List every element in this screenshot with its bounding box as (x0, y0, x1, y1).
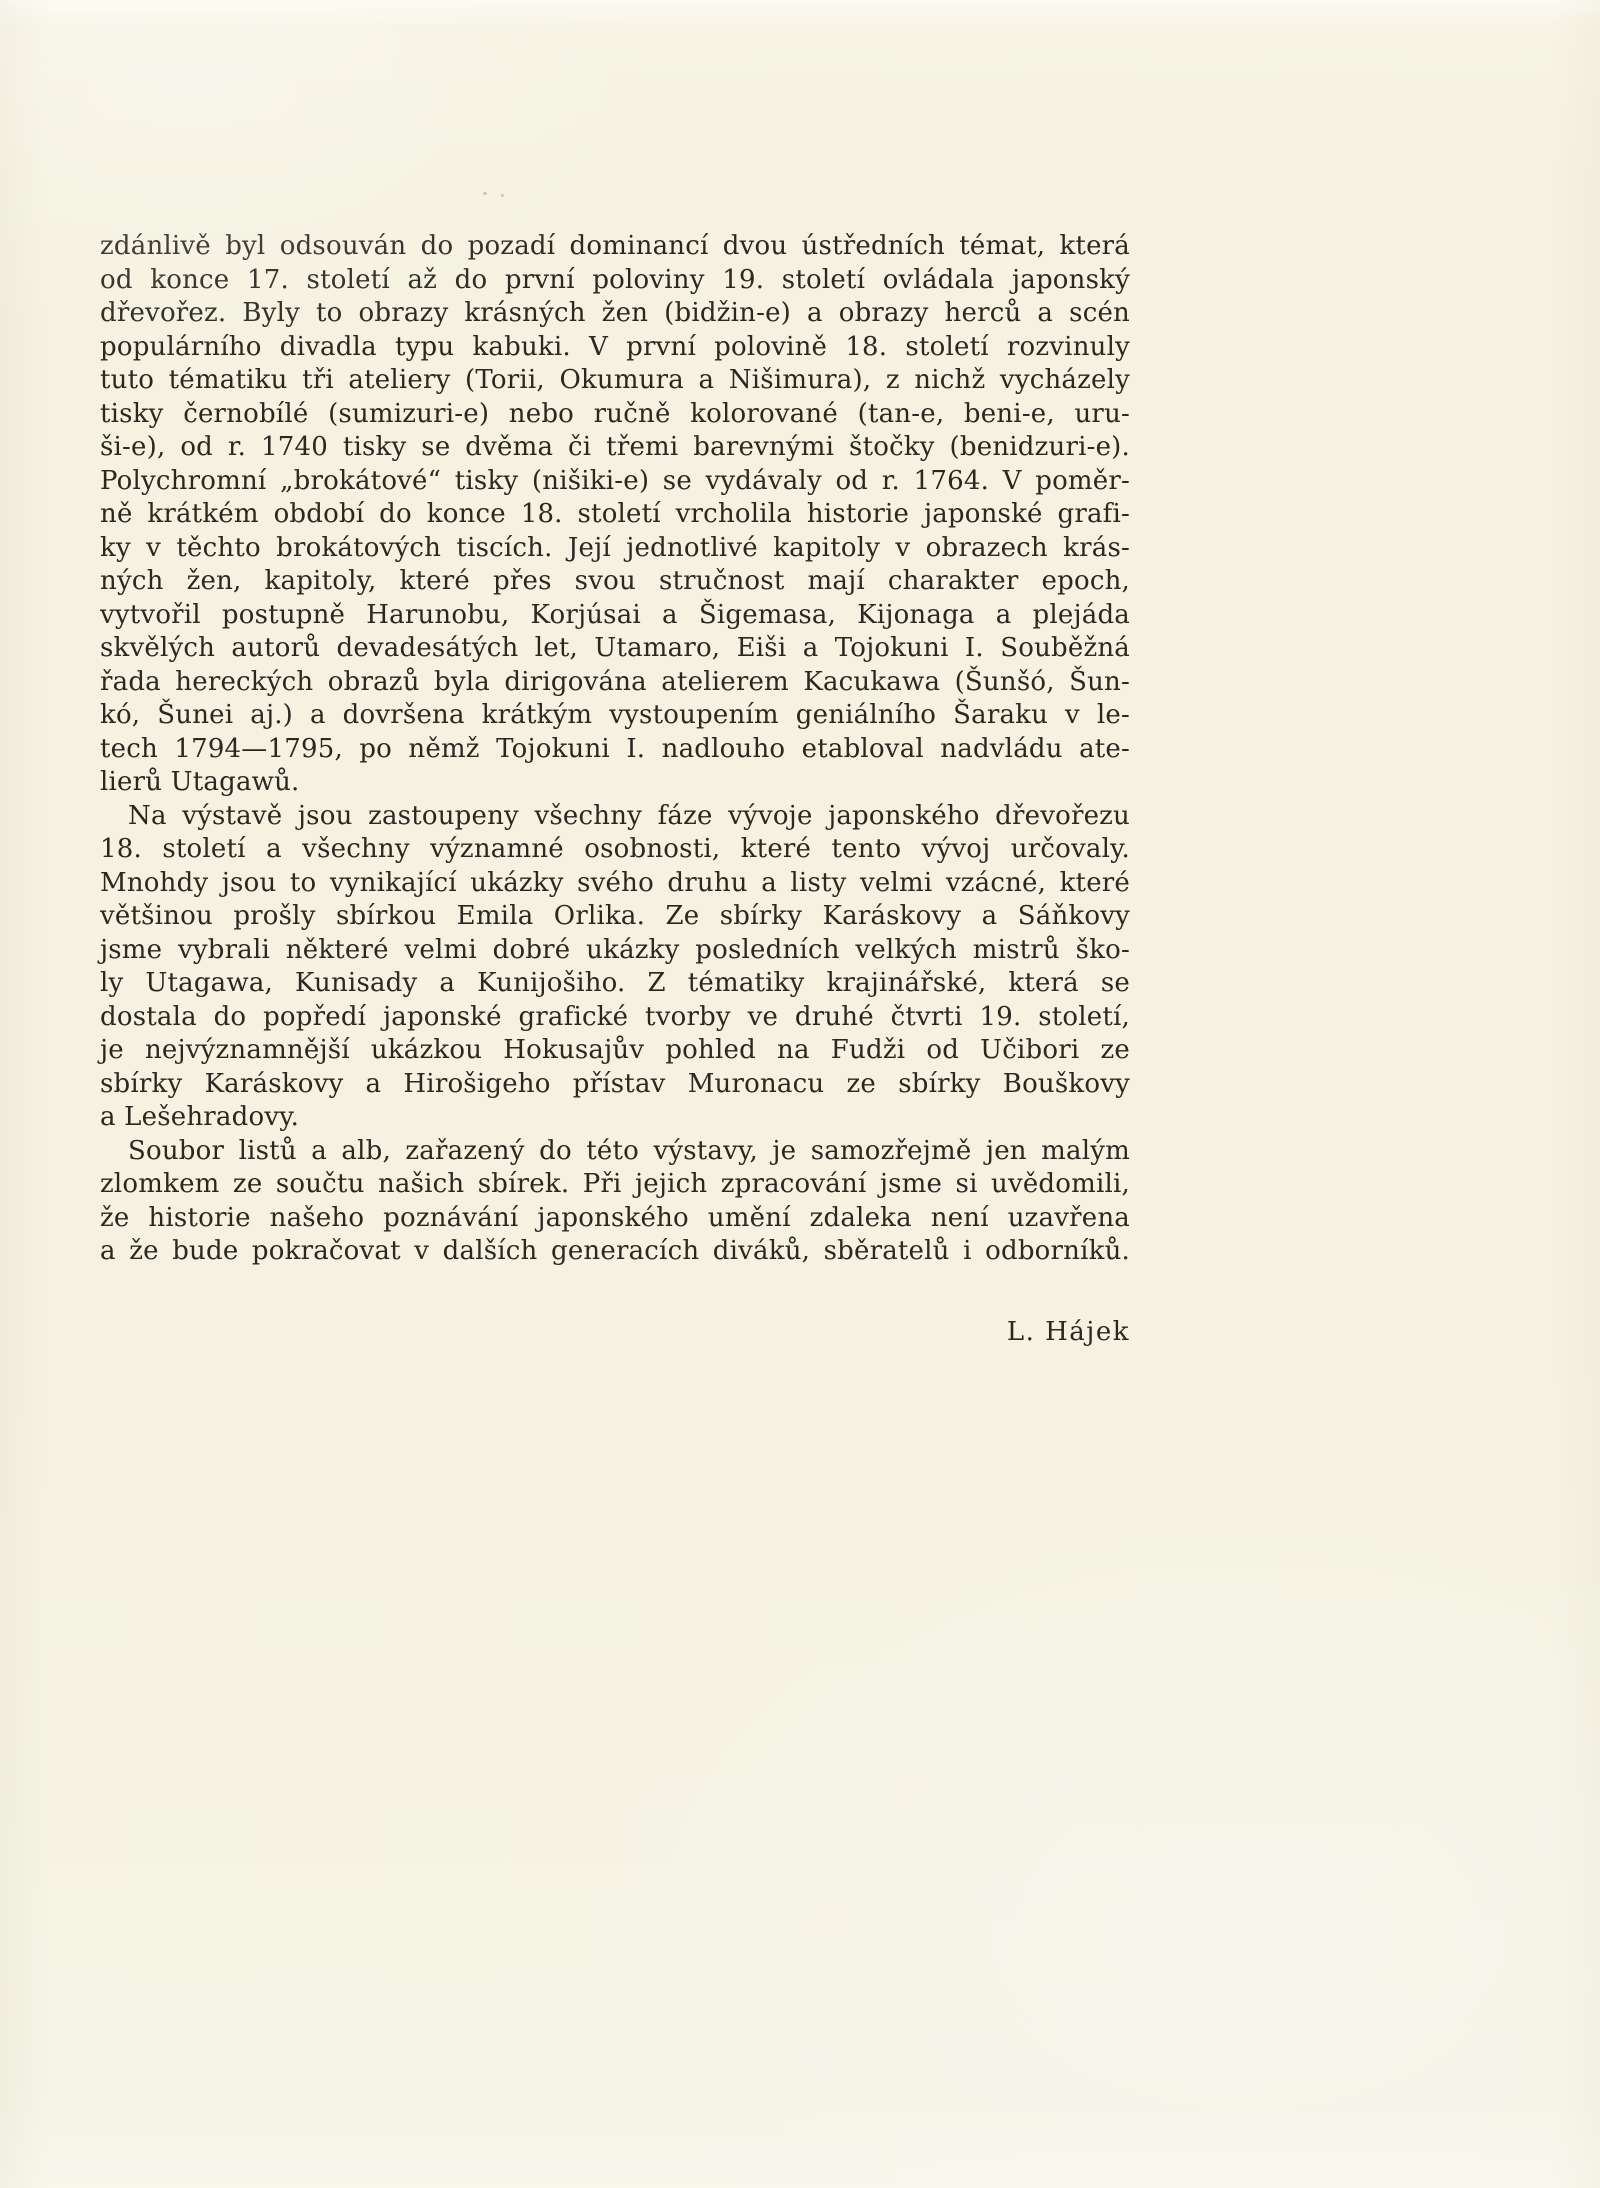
text-line: a Lešehradovy. (100, 1101, 1130, 1135)
text-line: řada hereckých obrazů byla dirigována at… (100, 666, 1130, 700)
text-line: dostala do popředí japonské grafické tvo… (100, 1001, 1130, 1035)
text-line: zdánlivě byl odsouván do pozadí dominanc… (100, 230, 1130, 264)
text-line: zlomkem ze součtu našich sbírek. Při jej… (100, 1168, 1130, 1202)
text-line: Mnohdy jsou to vynikající ukázky svého d… (100, 867, 1130, 901)
text-line: většinou prošly sbírkou Emila Orlika. Ze… (100, 900, 1130, 934)
text-line: a že bude pokračovat v dalších generacíc… (100, 1235, 1130, 1269)
text-line: Na výstavě jsou zastoupeny všechny fáze … (100, 800, 1130, 834)
text-line: dřevořez. Byly to obrazy krásných žen (b… (100, 297, 1130, 331)
text-line: ši-e), od r. 1740 tisky se dvěma či třem… (100, 431, 1130, 465)
text-line: Soubor listů a alb, zařazený do této výs… (100, 1135, 1130, 1169)
text-line: jsme vybrali některé velmi dobré ukázky … (100, 934, 1130, 968)
text-line: ly Utagawa, Kunisady a Kunijošiho. Z tém… (100, 967, 1130, 1001)
text-line: skvělých autorů devadesátých let, Utamar… (100, 632, 1130, 666)
scan-speck (483, 192, 487, 195)
text-line: populárního divadla typu kabuki. V první… (100, 331, 1130, 365)
text-line: vytvořil postupně Harunobu, Korjúsai a Š… (100, 599, 1130, 633)
text-line: ky v těchto brokátových tiscích. Její je… (100, 532, 1130, 566)
text-line: sbírky Karáskovy a Hirošigeho přístav Mu… (100, 1068, 1130, 1102)
text-line: kó, Šunei aj.) a dovršena krátkým vystou… (100, 699, 1130, 733)
body-text: zdánlivě byl odsouván do pozadí dominanc… (100, 230, 1130, 1269)
text-line: 18. století a všechny významné osobnosti… (100, 833, 1130, 867)
text-line: tech 1794—1795, po němž Tojokuni I. nadl… (100, 733, 1130, 767)
text-line: že historie našeho poznávání japonského … (100, 1202, 1130, 1236)
text-line: lierů Utagawů. (100, 766, 1130, 800)
signature: L. Hájek (100, 1316, 1130, 1350)
scanned-page: zdánlivě byl odsouván do pozadí dominanc… (0, 0, 1600, 2188)
text-line: ných žen, kapitoly, které přes svou stru… (100, 565, 1130, 599)
scan-speck (501, 194, 504, 197)
text-line: Polychromní „brokátové“ tisky (nišiki-e)… (100, 465, 1130, 499)
text-line: tuto tématiku tři ateliery (Torii, Okumu… (100, 364, 1130, 398)
text-line: od konce 17. století až do první polovin… (100, 264, 1130, 298)
text-line: ně krátkém období do konce 18. století v… (100, 498, 1130, 532)
text-line: tisky černobílé (sumizuri-e) nebo ručně … (100, 398, 1130, 432)
text-line: je nejvýznamnější ukázkou Hokusajův pohl… (100, 1034, 1130, 1068)
